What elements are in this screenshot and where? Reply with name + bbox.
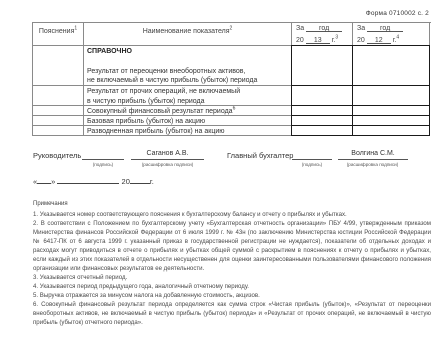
note-1: 1. Указывается номер соответствующего по… [33,210,431,219]
scanned-form-page: Форма 0710002 с. 2 Пояснения1 Наименован… [0,0,437,363]
date-day-blank [37,176,51,184]
date-century: 20 [122,177,130,186]
year2-word: год [380,25,390,32]
date-year-blank [130,176,150,184]
accountant-name: Волгина С.М. [338,150,408,160]
row5-text: Разводненная прибыль (убыток) на акцию [87,128,225,135]
table-row-basic-eps: Базовая прибыль (убыток) на акцию [84,116,292,126]
row5-value-year1 [291,126,353,136]
leader-signature-caption: (подпись) [82,162,124,167]
note-3: 3. Указывается отчетный период. [33,273,431,282]
date-line: «» 20г. [33,176,154,186]
header-explanations-footnote: 1 [74,26,77,32]
year1-value: 13 [314,37,322,44]
row1-label: СПРАВОЧНО [87,47,289,57]
row1-line2: не включаемый в чистую прибыль (убыток) … [87,76,289,86]
year2-value-blank: 12 [367,36,391,44]
note-6: 6. Совокупный финансовый результат перио… [33,300,431,327]
row2-value-year1 [291,86,353,106]
row1-spacer [87,57,289,67]
header-year-1: За год 20 13 г.3 [292,23,353,46]
note-5: 5. Выручка отражается за минусом налога … [33,291,431,300]
row5-value-year2 [352,126,430,136]
year1-century: 20 [296,37,304,44]
notes-block: 1. Указывается номер соответствующего по… [33,210,431,327]
leader-signature-line [82,150,124,160]
accountant-signature-caption: (подпись) [292,162,332,167]
row3-value-year1 [291,106,353,116]
leader-label: Руководитель [33,151,81,160]
year1-value-blank: 13 [306,36,330,44]
leader-name: Саганов А.В. [131,150,204,160]
year1-period-blank: год [306,24,342,32]
table-row-other-operations: Результат от прочих операций, не включае… [84,86,292,106]
row1-explanation-cell [33,46,84,86]
date-year-suffix: г. [150,177,154,186]
accountant-name-caption: (расшифровка подписи) [330,162,415,167]
header-explanations-label: Пояснения [39,28,75,35]
header-year-2: За год 20 12 г.4 [353,23,430,46]
header-indicator: Наименование показателя2 [84,23,292,46]
row5-explanation-cell [33,126,84,136]
leader-name-caption: (расшифровка подписи) [125,162,210,167]
table-row-total-financial-result: Совокупный финансовый результат периода6 [84,106,292,116]
row3-footnote: 6 [233,106,236,112]
row3-text: Совокупный финансовый результат периода [87,108,233,115]
accountant-label: Главный бухгалтер [227,151,293,160]
date-month-blank [57,176,119,184]
date-close-quote: » [51,177,55,186]
year1-footnote: 3 [335,34,338,40]
row3-value-year2 [352,106,430,116]
row2-line1: Результат от прочих операций, не включае… [87,87,289,97]
table-row-reference: СПРАВОЧНО Результат от переоценки внеобо… [84,46,292,86]
row4-value-year1 [291,116,353,126]
row2-value-year2 [352,86,430,106]
row1-line1: Результат от переоценки внеоборотных акт… [87,67,289,77]
row1-value-year2 [352,45,430,86]
notes-title: Примечания [33,201,68,207]
row4-explanation-cell [33,116,84,126]
header-indicator-footnote: 2 [230,26,233,32]
row4-text: Базовая прибыль (убыток) на акцию [87,118,205,125]
accountant-signature-line [292,150,332,160]
form-code-label: Форма 0710002 с. 2 [366,10,429,17]
row3-explanation-cell [33,106,84,116]
year2-period-blank: год [367,24,403,32]
year2-prefix: За [357,25,365,32]
row1-value-year1 [291,45,353,86]
row2-line2: в чистую прибыль (убыток) периода [87,97,289,107]
note-2: 2. В соответствии с Положением по бухгал… [33,219,431,273]
report-table: Пояснения1 Наименование показателя2 За г… [32,22,431,136]
year1-word: год [319,25,329,32]
note-4: 4. Указывается период предыдущего года, … [33,282,431,291]
year2-value: 12 [375,37,383,44]
header-explanations: Пояснения1 [33,23,84,46]
row4-value-year2 [352,116,430,126]
year1-prefix: За [296,25,304,32]
table-row-diluted-eps: Разводненная прибыль (убыток) на акцию [84,126,292,136]
year2-century: 20 [357,37,365,44]
row2-explanation-cell [33,86,84,106]
year2-footnote: 4 [396,34,399,40]
header-indicator-label: Наименование показателя [143,28,230,35]
